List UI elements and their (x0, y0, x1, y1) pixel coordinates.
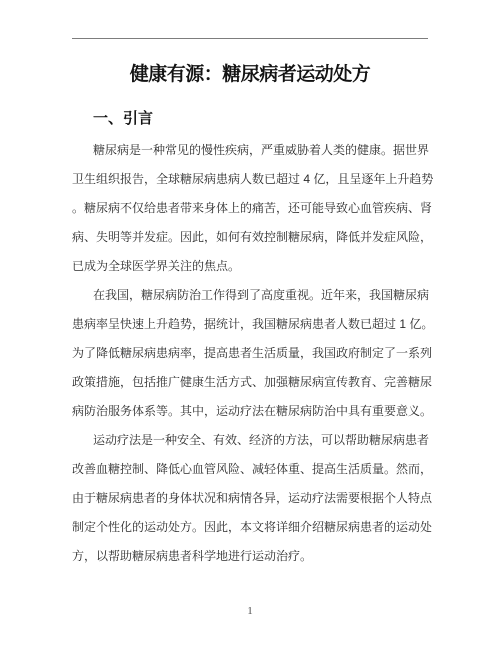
text-line: 运动疗法是一种安全、有效、经济的方法，可以帮助糖尿病患者 (72, 426, 429, 455)
text-line: 改善血糖控制、降低心血管风险、减轻体重、提高生活质量。然而， (72, 455, 429, 484)
text-line: 病、失明等并发症。因此，如何有效控制糖尿病，降低并发症风险， (72, 223, 429, 252)
text-line: 已成为全球医学界关注的焦点。 (72, 252, 429, 281)
text-line: 糖尿病是一种常见的慢性疾病，严重威胁着人类的健康。据世界 (72, 136, 429, 165)
text-line: 政策措施，包括推广健康生活方式、加强糖尿病宣传教育、完善糖尿 (72, 368, 429, 397)
text-line: 患病率呈快速上升趋势，据统计，我国糖尿病患者人数已超过 1 亿。 (72, 310, 429, 339)
text-line: 由于糖尿病患者的身体状况和病情各异，运动疗法需要根据个人特点 (72, 484, 429, 513)
text-line: 卫生组织报告，全球糖尿病患病人数已超过 4 亿，且呈逐年上升趋势 (72, 165, 429, 194)
header-rule (72, 38, 428, 39)
text-line: 在我国，糖尿病防治工作得到了高度重视。近年来，我国糖尿病 (72, 281, 429, 310)
text-line: 病防治服务体系等。其中，运动疗法在糖尿病防治中具有重要意义。 (72, 397, 429, 426)
text-line: 方，以帮助糖尿病患者科学地进行运动治疗。 (72, 542, 429, 571)
text-line: 。糖尿病不仅给患者带来身体上的痛苦，还可能导致心血管疾病、肾 (72, 194, 429, 223)
text-line: 制定个性化的运动处方。因此，本文将详细介绍糖尿病患者的运动处 (72, 513, 429, 542)
text-line: 为了降低糖尿病患病率，提高患者生活质量，我国政府制定了一系列 (72, 339, 429, 368)
page-number: 1 (0, 605, 500, 618)
document-title: 健康有源：糖尿病者运动处方 (0, 63, 500, 87)
document-page: 健康有源：糖尿病者运动处方 一、引言 糖尿病是一种常见的慢性疾病，严重威胁着人类… (0, 0, 500, 647)
document-body: 糖尿病是一种常见的慢性疾病，严重威胁着人类的健康。据世界卫生组织报告，全球糖尿病… (72, 136, 429, 571)
section-heading: 一、引言 (93, 110, 153, 128)
